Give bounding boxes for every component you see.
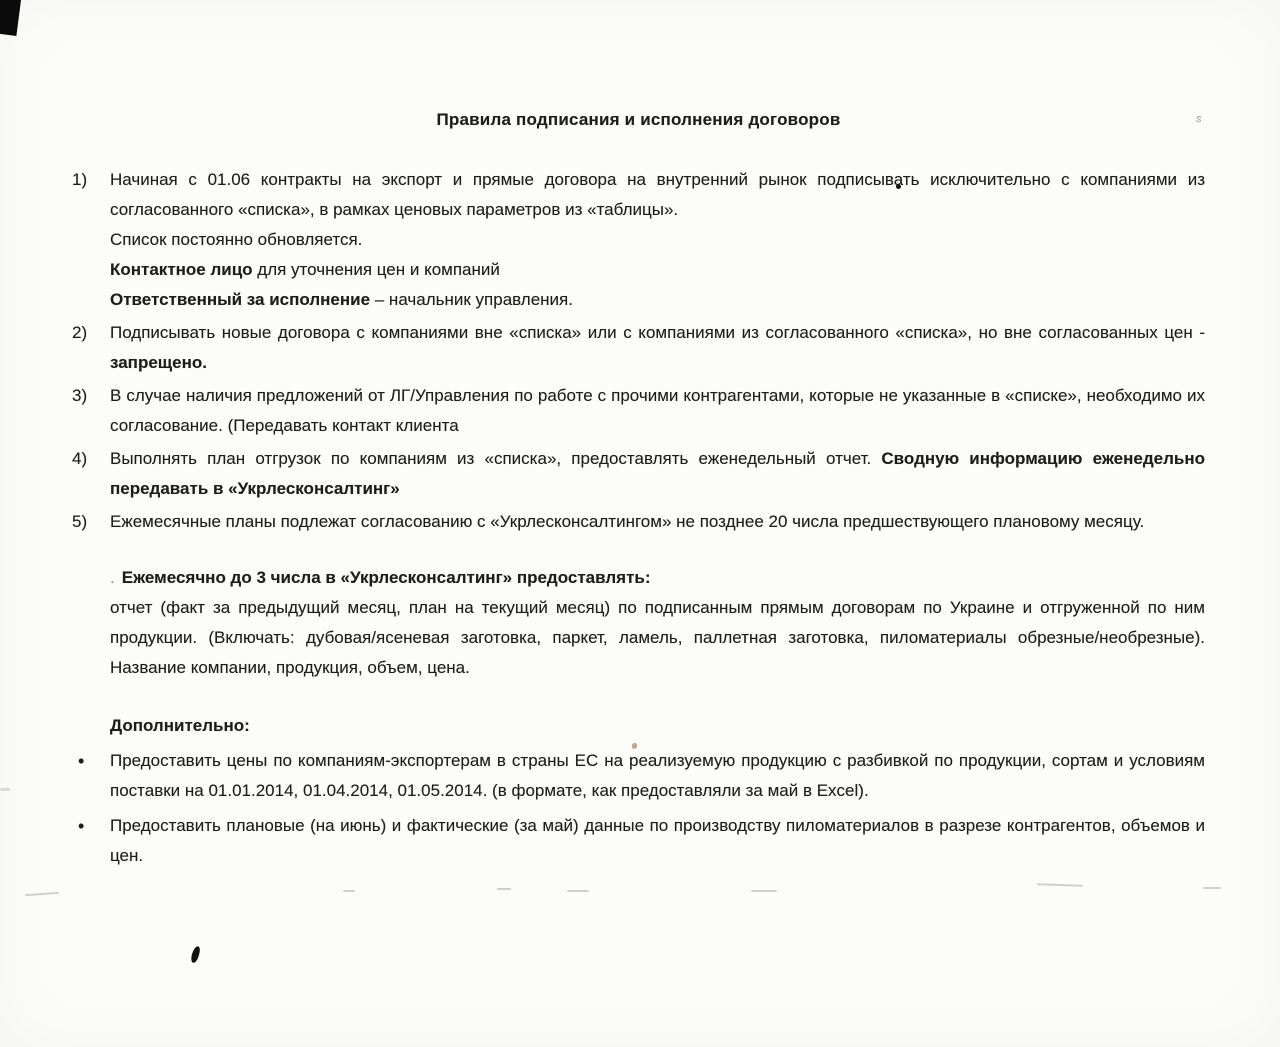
paragraph: Подписывать новые договора с компаниями … bbox=[110, 318, 1205, 378]
paragraph: Выполнять план отгрузок по компаниям из … bbox=[110, 444, 1205, 504]
item-number: 2) bbox=[72, 318, 110, 378]
document-content: Правила подписания и исполнения договоро… bbox=[72, 0, 1205, 871]
bold-text: Ежемесячно до 3 числа в «Укрлесконсалтин… bbox=[122, 568, 651, 587]
item-body: Подписывать новые договора с компаниями … bbox=[110, 318, 1205, 378]
paragraph: отчет (факт за предыдущий месяц, план на… bbox=[110, 593, 1205, 683]
paragraph: Ежемесячные планы подлежат согласованию … bbox=[110, 507, 1205, 537]
scan-dot-mark: . bbox=[110, 568, 115, 587]
monthly-report-section: .Ежемесячно до 3 числа в «Укрлесконсалти… bbox=[110, 563, 1205, 683]
additional-section: Дополнительно: • Предоставить цены по ко… bbox=[72, 711, 1205, 871]
document-title: Правила подписания и исполнения договоро… bbox=[72, 105, 1205, 135]
paragraph: Список постоянно обновляется. bbox=[110, 225, 1205, 255]
scan-dash-artifact bbox=[497, 888, 511, 890]
scan-dash-artifact bbox=[751, 890, 777, 892]
list-item-3: 3) В случае наличия предложений от ЛГ/Уп… bbox=[72, 381, 1205, 441]
item-number: 3) bbox=[72, 381, 110, 441]
paragraph: Контактное лицо для уточнения цен и комп… bbox=[110, 255, 1205, 285]
scan-dash-artifact bbox=[1037, 883, 1083, 887]
section-heading: .Ежемесячно до 3 числа в «Укрлесконсалти… bbox=[110, 563, 1205, 593]
regular-text: – начальник управления. bbox=[370, 290, 573, 309]
scan-dash-artifact bbox=[1203, 887, 1221, 889]
pen-mark-artifact bbox=[190, 945, 201, 963]
list-item-2: 2) Подписывать новые договора с компания… bbox=[72, 318, 1205, 378]
paragraph: Предоставить плановые (на июнь) и фактич… bbox=[110, 811, 1205, 871]
scan-dash-artifact bbox=[0, 788, 10, 791]
paragraph: Ответственный за исполнение – начальник … bbox=[110, 285, 1205, 315]
regular-text: Подписывать новые договора с компаниями … bbox=[110, 323, 1205, 342]
item-body: Начиная с 01.06 контракты на экспорт и п… bbox=[110, 165, 1205, 315]
item-body: В случае наличия предложений от ЛГ/Управ… bbox=[110, 381, 1205, 441]
paragraph: Начиная с 01.06 контракты на экспорт и п… bbox=[110, 165, 1205, 225]
paragraph: В случае наличия предложений от ЛГ/Управ… bbox=[110, 381, 1205, 441]
regular-text: Выполнять план отгрузок по компаниям из … bbox=[110, 449, 881, 468]
section-heading: Дополнительно: bbox=[110, 711, 1205, 741]
bullet-item: • Предоставить цены по компаниям-экспорт… bbox=[72, 746, 1205, 806]
list-item-5: 5) Ежемесячные планы подлежат согласован… bbox=[72, 507, 1205, 537]
item-number: 4) bbox=[72, 444, 110, 504]
scan-dash-artifact bbox=[343, 890, 355, 892]
scanned-document-page: s Правила подписания и исполнения догово… bbox=[0, 0, 1280, 1047]
list-item-1: 1) Начиная с 01.06 контракты на экспорт … bbox=[72, 165, 1205, 315]
bold-text: запрещено. bbox=[110, 353, 207, 372]
item-body: Выполнять план отгрузок по компаниям из … bbox=[110, 444, 1205, 504]
list-item-4: 4) Выполнять план отгрузок по компаниям … bbox=[72, 444, 1205, 504]
paragraph: Предоставить цены по компаниям-экспортер… bbox=[110, 746, 1205, 806]
bold-text: Ответственный за исполнение bbox=[110, 290, 370, 309]
numbered-list: 1) Начиная с 01.06 контракты на экспорт … bbox=[72, 165, 1205, 537]
regular-text: для уточнения цен и компаний bbox=[253, 260, 500, 279]
bullet-marker: • bbox=[72, 811, 110, 871]
bullet-marker: • bbox=[72, 746, 110, 806]
bold-text: Контактное лицо bbox=[110, 260, 253, 279]
bullet-item: • Предоставить плановые (на июнь) и факт… bbox=[72, 811, 1205, 871]
item-body: Ежемесячные планы подлежат согласованию … bbox=[110, 507, 1205, 537]
item-number: 1) bbox=[72, 165, 110, 315]
item-number: 5) bbox=[72, 507, 110, 537]
scan-dash-artifact bbox=[567, 890, 589, 892]
scan-corner-artifact bbox=[0, 0, 21, 36]
scan-dash-artifact bbox=[25, 892, 59, 896]
